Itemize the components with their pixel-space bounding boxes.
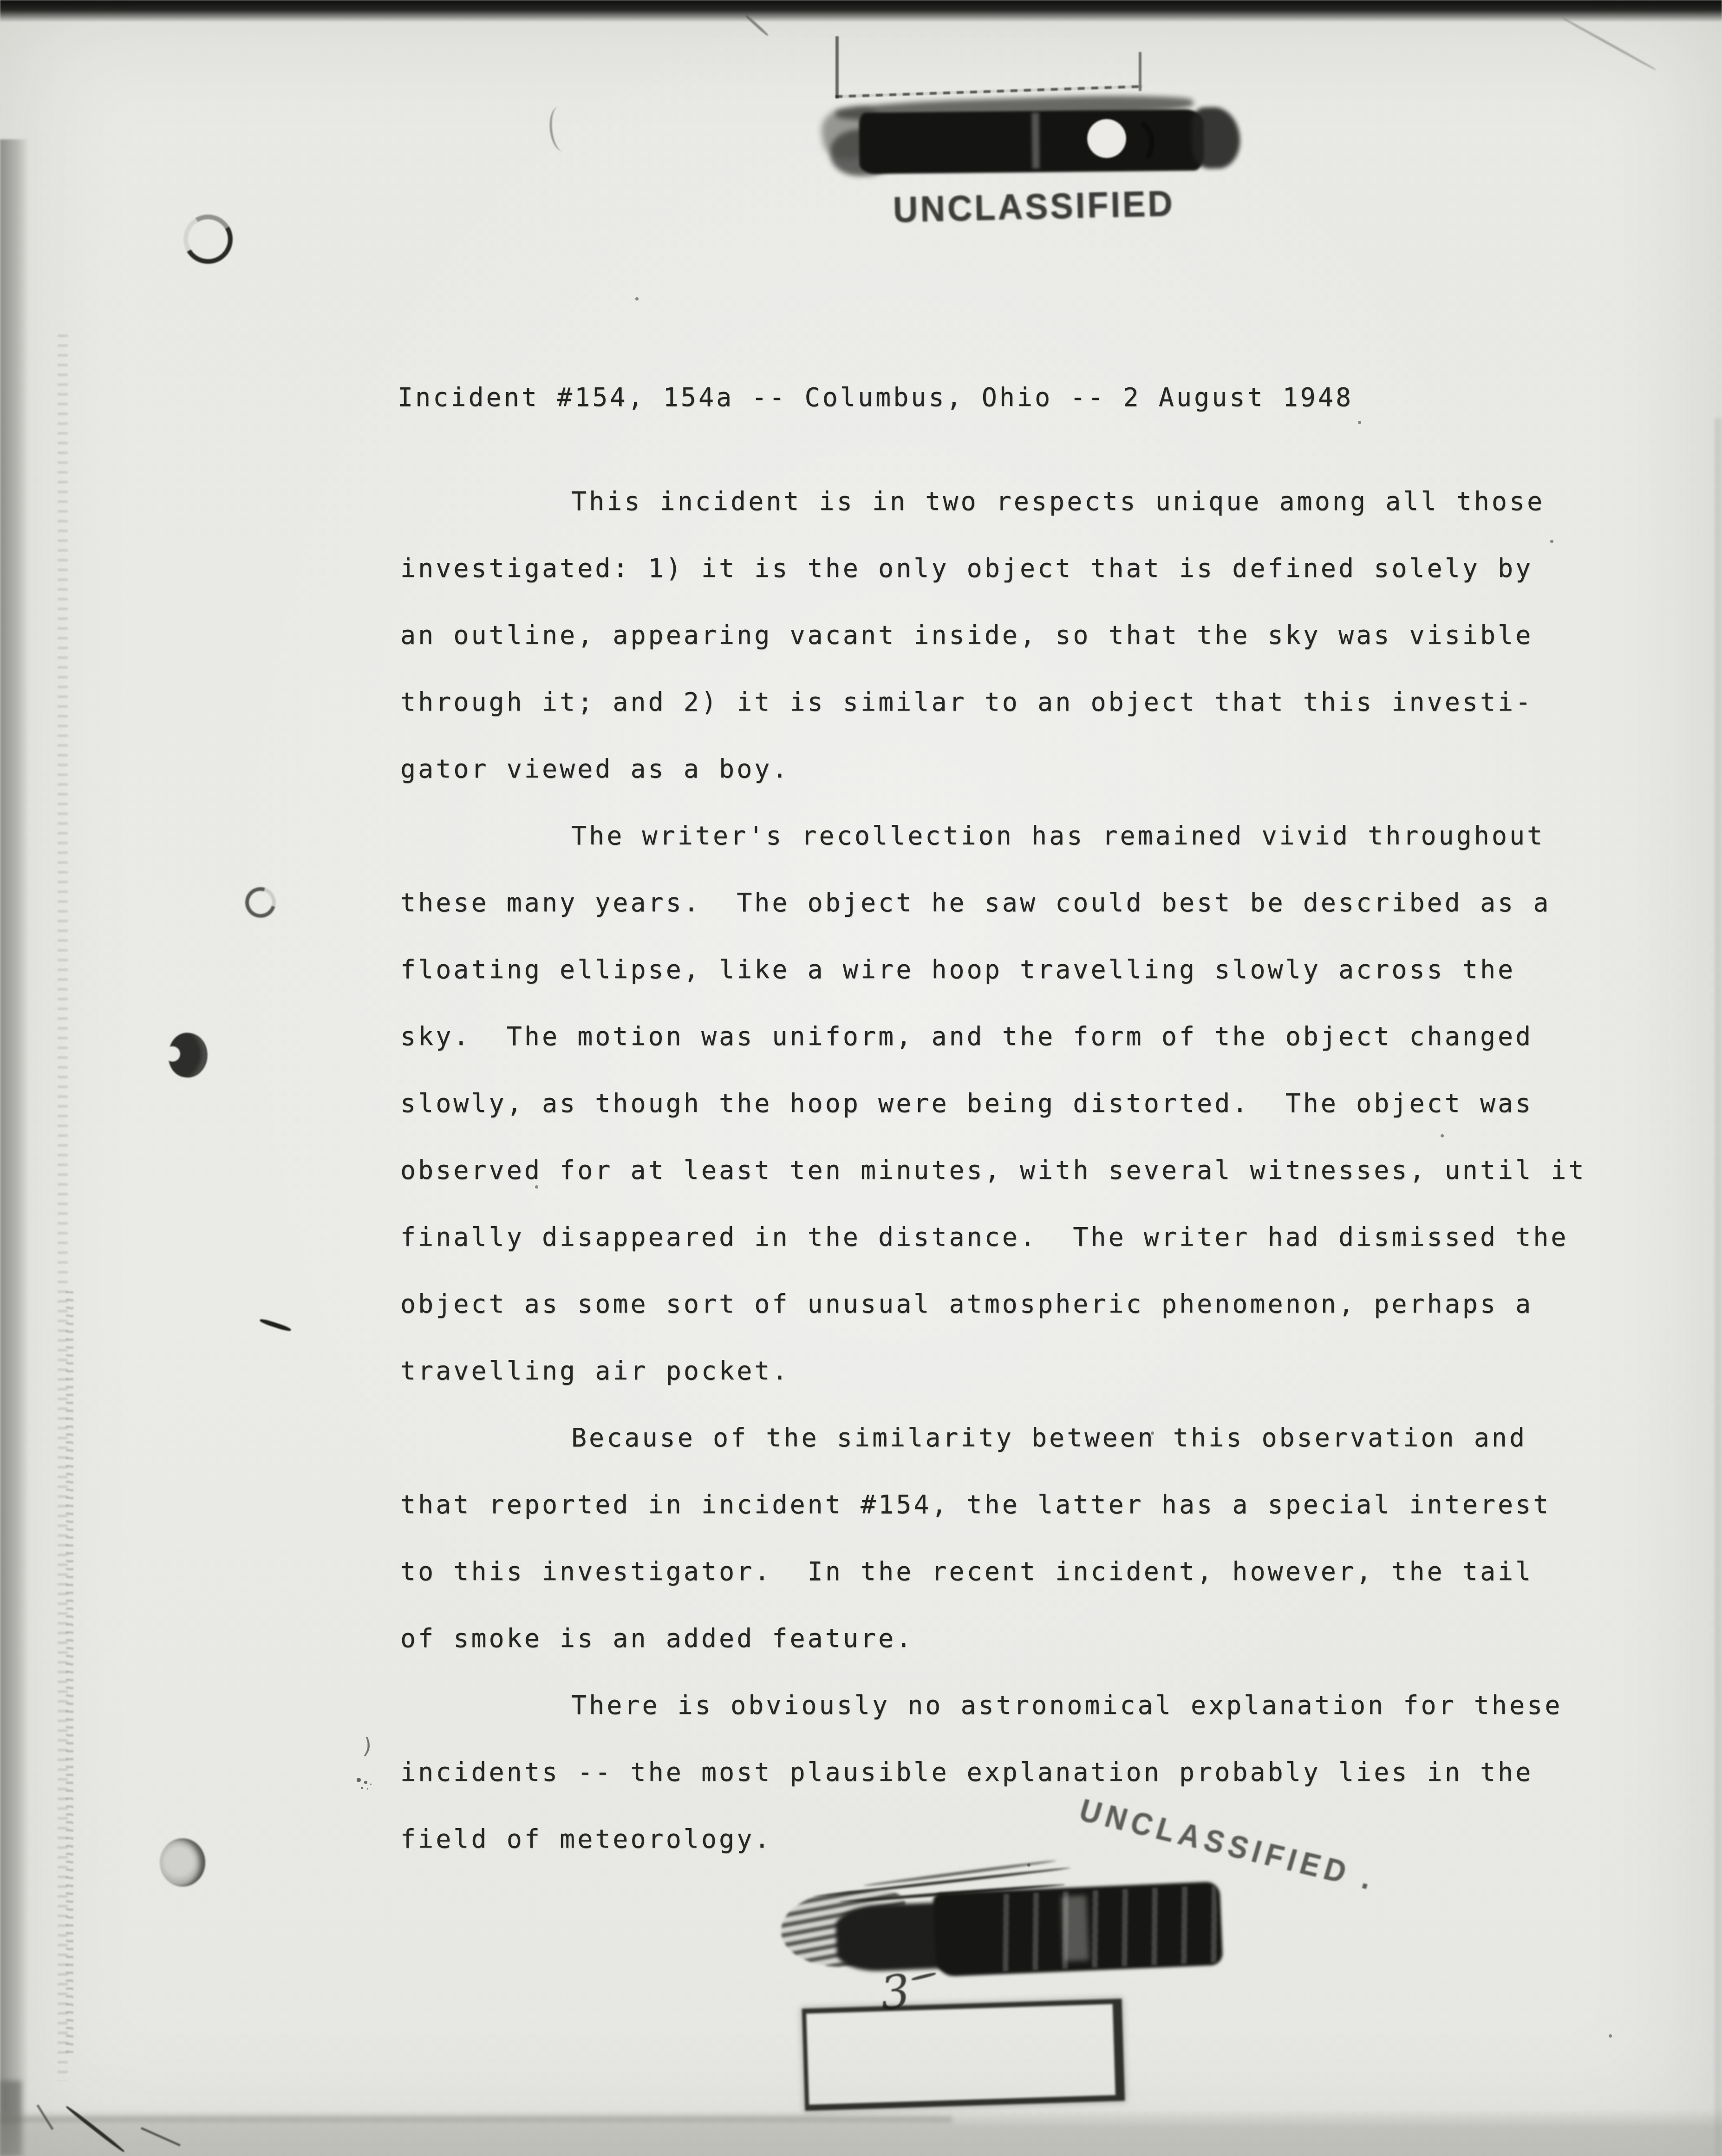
text-line: observed for at least ten minutes, with … xyxy=(400,1157,1589,1224)
dust-speck xyxy=(1441,1134,1444,1137)
text-line: object as some sort of unusual atmospher… xyxy=(400,1291,1589,1358)
typewritten-body: This incident is in two respects unique … xyxy=(400,489,1589,1893)
dust-speck xyxy=(1151,1431,1154,1435)
stamp-light-gap xyxy=(1061,1895,1089,1961)
text-line: gator viewed as a boy. xyxy=(400,756,1589,823)
punch-ring-mark-small xyxy=(240,882,281,923)
dust-speck xyxy=(1550,540,1553,543)
pen-flick-mark xyxy=(259,1318,292,1332)
stamp-box-outline xyxy=(802,1999,1125,2111)
text-line: sky. The motion was uniform, and the for… xyxy=(400,1024,1589,1091)
text-line: incidents -- the most plausible explanat… xyxy=(400,1759,1589,1826)
ink-dots-mark xyxy=(357,1778,361,1782)
pen-curve-mark xyxy=(548,106,570,152)
obliterated-stamp-bottom xyxy=(779,1862,1234,1996)
text-line: that reported in incident #154, the latt… xyxy=(400,1492,1589,1559)
text-line: through it; and 2) it is similar to an o… xyxy=(400,689,1589,756)
text-line: these many years. The object he saw coul… xyxy=(400,890,1589,957)
text-line: finally disappeared in the distance. The… xyxy=(400,1224,1589,1291)
dust-speck xyxy=(635,297,639,301)
text-line: floating ellipse, like a wire hoop trave… xyxy=(400,957,1589,1024)
binding-perforation-marks-strong xyxy=(66,1291,73,2053)
text-line: The writer's recollection has remained v… xyxy=(400,823,1589,890)
bottom-scan-band-edge xyxy=(0,2116,952,2123)
pencil-box-left-line xyxy=(835,36,839,98)
dust-speck xyxy=(1358,421,1361,424)
text-line: This incident is in two respects unique … xyxy=(400,489,1589,555)
punch-ring-mark xyxy=(178,209,238,269)
top-right-scratch-mark xyxy=(1562,17,1657,71)
text-line: Because of the similarity between this o… xyxy=(400,1425,1589,1492)
punch-hole-mark xyxy=(160,1838,205,1887)
punch-crescent-mark xyxy=(166,1031,211,1080)
redaction-stamp-top xyxy=(822,98,1240,181)
scanned-page: UNCLASSIFIED Incident #154, 154a -- Colu… xyxy=(0,0,1722,2156)
document-title-line: Incident #154, 154a -- Columbus, Ohio --… xyxy=(398,385,1353,410)
text-line: travelling air pocket. xyxy=(400,1358,1589,1425)
right-scan-edge xyxy=(1715,418,1722,2156)
stamp-letter-gaps xyxy=(979,1885,1220,1972)
text-line: to this investigator. In the recent inci… xyxy=(400,1559,1589,1626)
text-line: investigated: 1) it is the only object t… xyxy=(400,555,1589,622)
text-line: an outline, appearing vacant inside, so … xyxy=(400,622,1589,689)
top-scan-edge xyxy=(0,0,1722,22)
pen-paren-mark: ) xyxy=(362,1735,373,1757)
text-line: There is obviously no astronomical expla… xyxy=(400,1692,1589,1759)
unclassified-stamp-top: UNCLASSIFIED xyxy=(893,185,1175,228)
text-line: of smoke is an added feature. xyxy=(400,1626,1589,1692)
dust-speck xyxy=(535,1185,538,1189)
stamp-light-gap xyxy=(1031,113,1039,169)
left-scan-edge xyxy=(0,139,29,2156)
stamp-smear xyxy=(1191,107,1240,169)
text-line: slowly, as though the hoop were being di… xyxy=(400,1091,1589,1157)
dust-speck xyxy=(1609,2034,1612,2038)
